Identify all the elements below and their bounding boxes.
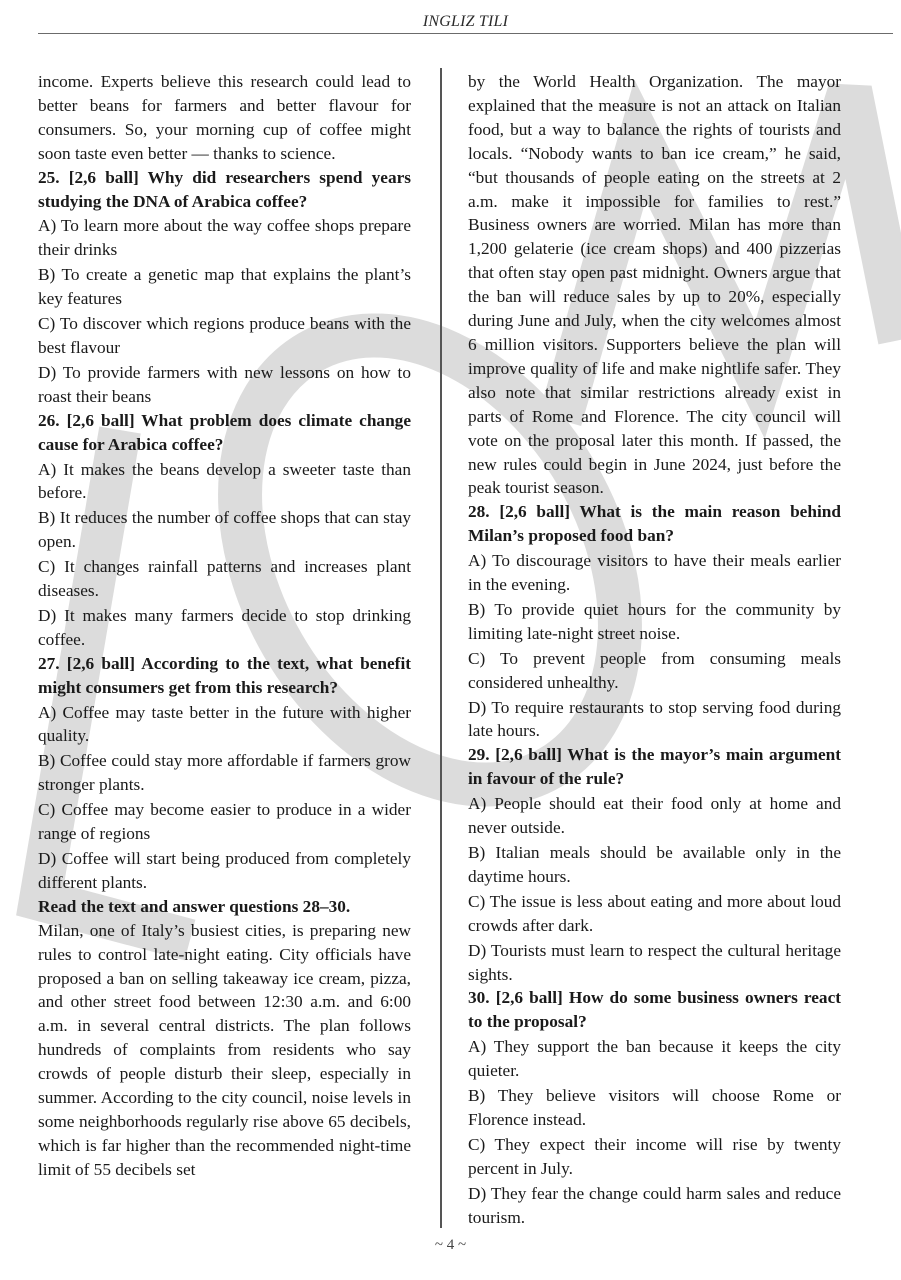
option-b: B) They believe visitors will choose Rom…	[468, 1084, 841, 1132]
question-title: 29. [2,6 ball] What is the mayor’s main …	[468, 743, 841, 791]
option-c: C) It changes rainfall patterns and incr…	[38, 555, 411, 603]
passage-coffee-end: income. Experts believe this research co…	[38, 70, 411, 166]
option-c: C) To prevent people from consuming meal…	[468, 647, 841, 695]
question-title: 28. [2,6 ball] What is the main reason b…	[468, 500, 841, 548]
passage-milan-start: Milan, one of Italy’s busiest cities, is…	[38, 919, 411, 1182]
option-c: C) To discover which regions produce bea…	[38, 312, 411, 360]
option-a: A) They support the ban because it keeps…	[468, 1035, 841, 1083]
option-d: D) It makes many farmers decide to stop …	[38, 604, 411, 652]
question-26: 26. [2,6 ball] What problem does climate…	[38, 409, 411, 652]
passage-milan-continued: by the World Health Organization. The ma…	[468, 70, 841, 500]
question-title: 27. [2,6 ball] According to the text, wh…	[38, 652, 411, 700]
option-b: B) To create a genetic map that explains…	[38, 263, 411, 311]
option-d: D) Tourists must learn to respect the cu…	[468, 939, 841, 987]
option-b: B) To provide quiet hours for the commun…	[468, 598, 841, 646]
option-d: D) To provide farmers with new lessons o…	[38, 361, 411, 409]
page-number: ~ 4 ~	[0, 1237, 901, 1254]
option-a: A) Coffee may taste better in the future…	[38, 701, 411, 749]
option-c: C) Coffee may become easier to produce i…	[38, 798, 411, 846]
question-title: 25. [2,6 ball] Why did researchers spend…	[38, 166, 411, 214]
option-b: B) It reduces the number of coffee shops…	[38, 506, 411, 554]
option-a: A) It makes the beans develop a sweeter …	[38, 458, 411, 506]
question-title: 26. [2,6 ball] What problem does climate…	[38, 409, 411, 457]
option-c: C) They expect their income will rise by…	[468, 1133, 841, 1181]
question-27: 27. [2,6 ball] According to the text, wh…	[38, 652, 411, 895]
subject-title: INGLIZ TILI	[38, 13, 893, 31]
option-a: A) To learn more about the way coffee sh…	[38, 214, 411, 262]
right-column: by the World Health Organization. The ma…	[468, 70, 841, 1230]
question-25: 25. [2,6 ball] Why did researchers spend…	[38, 166, 411, 409]
page-header: INGLIZ TILI	[38, 0, 893, 34]
question-30: 30. [2,6 ball] How do some business owne…	[468, 986, 841, 1229]
column-divider	[440, 68, 442, 1228]
question-29: 29. [2,6 ball] What is the mayor’s main …	[468, 743, 841, 986]
option-c: C) The issue is less about eating and mo…	[468, 890, 841, 938]
option-a: A) To discourage visitors to have their …	[468, 549, 841, 597]
option-d: D) They fear the change could harm sales…	[468, 1182, 841, 1230]
option-b: B) Coffee could stay more affordable if …	[38, 749, 411, 797]
question-28: 28. [2,6 ball] What is the main reason b…	[468, 500, 841, 743]
option-d: D) Coffee will start being produced from…	[38, 847, 411, 895]
left-column: income. Experts believe this research co…	[38, 70, 411, 1182]
reading-instruction: Read the text and answer questions 28–30…	[38, 895, 411, 919]
option-d: D) To require restaurants to stop servin…	[468, 696, 841, 744]
option-b: B) Italian meals should be available onl…	[468, 841, 841, 889]
option-a: A) People should eat their food only at …	[468, 792, 841, 840]
question-title: 30. [2,6 ball] How do some business owne…	[468, 986, 841, 1034]
